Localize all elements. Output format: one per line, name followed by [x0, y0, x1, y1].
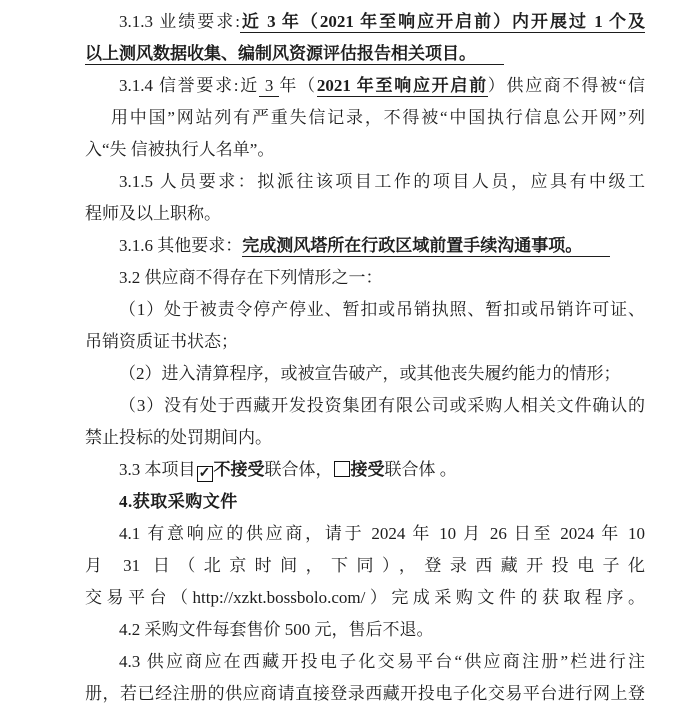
doc-text: 近 3 年（2021 年至响应开启前）内开展过 1 个及	[240, 12, 645, 33]
doc-text: 交易平台（http://xzkt.bossbolo.com/）完成采购文件的获取…	[85, 588, 645, 607]
doc-text: 程师及以上职称。	[85, 204, 221, 223]
doc-text: 4.1 有意响应的供应商，请于 2024 年 10 月 26 日至 2024 年…	[119, 524, 645, 543]
clause-3-1-6: 3.1.6 其他要求：完成测风塔所在行政区域前置手续沟通事项。	[85, 230, 645, 262]
doc-text: 联合体 。	[385, 460, 457, 479]
clause-3-2-item-1-cont: 吊销资质证书状态；	[85, 326, 645, 358]
doc-text: （2）进入清算程序，或被宣告破产，或其他丧失履约能力的情形；	[119, 364, 621, 383]
clause-4-2: 4.2 采购文件每套售价 500 元，售后不退。	[85, 614, 645, 646]
doc-text: 以上测风数据收集、编制风资源评估报告相关项目。	[85, 44, 504, 65]
clause-3-2-item-2: （2）进入清算程序，或被宣告破产，或其他丧失履约能力的情形；	[85, 358, 645, 390]
clause-3-1-5-cont: 程师及以上职称。	[85, 198, 645, 230]
doc-text: 年（	[279, 76, 316, 95]
clause-3-1-4-cont-2: 入“失 信被执行人名单”。	[85, 134, 645, 166]
doc-text: 3.2 供应商不得存在下列情形之一：	[119, 268, 383, 287]
clause-4-1: 4.1 有意响应的供应商，请于 2024 年 10 月 26 日至 2024 年…	[85, 518, 645, 550]
clause-3-1-4-cont-1: 用中国”网站列有严重失信记录，不得被“中国执行信息公开网”列	[85, 102, 645, 134]
doc-text: 3	[259, 76, 279, 97]
doc-text: 不接受	[214, 460, 265, 479]
doc-text: 月 31 日（北京时间，下同），登录西藏开投电子化	[85, 556, 645, 575]
doc-text: 4.2 采购文件每套售价 500 元，售后不退。	[119, 620, 434, 639]
unchecked-checkbox-icon	[334, 461, 350, 477]
doc-text: 3.1.3 业绩要求:	[119, 12, 240, 31]
doc-text: 吊销资质证书状态；	[85, 332, 238, 351]
doc-text: 4.3 供应商应在西藏开投电子化交易平台“供应商注册”栏进行注	[119, 652, 645, 671]
clause-4-1-cont-2: 交易平台（http://xzkt.bossbolo.com/）完成采购文件的获取…	[85, 582, 645, 614]
doc-text: 4.获取采购文件	[119, 492, 238, 511]
clause-3-1-4: 3.1.4 信誉要求:近 3 年（2021 年至响应开启前）供应商不得被“信	[85, 70, 645, 102]
doc-text: （1）处于被责令停产停业、暂扣或吊销执照、暂扣或吊销许可证、	[119, 300, 645, 319]
document-page: 3.1.3 业绩要求:近 3 年（2021 年至响应开启前）内开展过 1 个及以…	[0, 0, 690, 727]
section-4-heading: 4.获取采购文件	[85, 486, 645, 518]
document-body: 3.1.3 业绩要求:近 3 年（2021 年至响应开启前）内开展过 1 个及以…	[85, 6, 645, 710]
clause-3-2-item-3-cont: 禁止投标的处罚期间内。	[85, 422, 645, 454]
clause-3-3: 3.3 本项目✓不接受联合体，接受联合体 。	[85, 454, 645, 486]
doc-text: 2021 年至响应开启前	[317, 76, 488, 97]
clause-3-1-3-cont: 以上测风数据收集、编制风资源评估报告相关项目。	[85, 38, 645, 70]
clause-3-2-item-1: （1）处于被责令停产停业、暂扣或吊销执照、暂扣或吊销许可证、	[85, 294, 645, 326]
doc-text: 禁止投标的处罚期间内。	[85, 428, 272, 447]
doc-text: 完成测风塔所在行政区域前置手续沟通事项。	[242, 236, 610, 257]
clause-4-3: 4.3 供应商应在西藏开投电子化交易平台“供应商注册”栏进行注	[85, 646, 645, 678]
doc-text: 3.1.5 人员要求：拟派往该项目工作的项目人员，应具有中级工	[119, 172, 645, 191]
doc-text: 3.1.6 其他要求：	[119, 236, 242, 255]
doc-text: （3）没有处于西藏开发投资集团有限公司或采购人相关文件确认的	[119, 396, 645, 415]
doc-text: 3.1.4 信誉要求:近	[119, 76, 259, 95]
doc-text: ）供应商不得被“信	[488, 76, 645, 95]
doc-text: 联合体，	[265, 460, 333, 479]
doc-text: 接受	[351, 460, 385, 479]
doc-text: 入“失 信被执行人名单”。	[85, 140, 274, 159]
clause-4-3-cont: 册，若已经注册的供应商请直接登录西藏开投电子化交易平台进行网上登	[85, 678, 645, 710]
doc-text: 3.3 本项目	[119, 460, 196, 479]
clause-4-1-cont-1: 月 31 日（北京时间，下同），登录西藏开投电子化	[85, 550, 645, 582]
clause-3-2-item-3: （3）没有处于西藏开发投资集团有限公司或采购人相关文件确认的	[85, 390, 645, 422]
clause-3-1-5: 3.1.5 人员要求：拟派往该项目工作的项目人员，应具有中级工	[85, 166, 645, 198]
checked-checkbox-icon: ✓	[197, 466, 213, 482]
doc-text: 用中国”网站列有严重失信记录，不得被“中国执行信息公开网”列	[111, 108, 645, 127]
clause-3-1-3: 3.1.3 业绩要求:近 3 年（2021 年至响应开启前）内开展过 1 个及	[85, 6, 645, 38]
doc-text: 册，若已经注册的供应商请直接登录西藏开投电子化交易平台进行网上登	[85, 684, 645, 703]
clause-3-2: 3.2 供应商不得存在下列情形之一：	[85, 262, 645, 294]
